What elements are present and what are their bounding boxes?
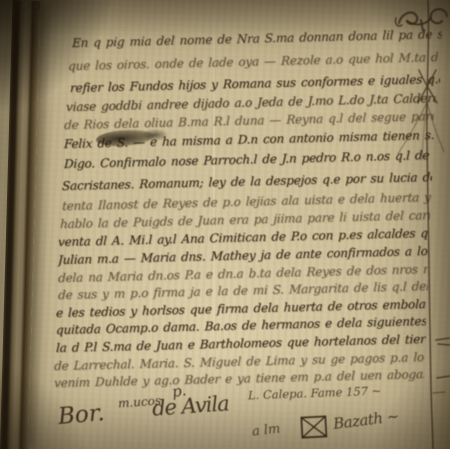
boxed-x-icon: [299, 414, 328, 444]
manuscript-line: Sacristanes. Romanum; ley de la despejos…: [62, 170, 432, 193]
notary-prefix: a lm: [251, 422, 281, 440]
ink-layer: 3 En q pig mia del nome de Nra S.ma donn…: [0, 0, 450, 449]
corner-mark: 3: [34, 0, 41, 13]
margin-rubric-flourish-icon: [380, 0, 450, 449]
date-line: L. Calepa. Fame 157 ~: [248, 384, 382, 403]
signature-initial: Bor.: [57, 400, 106, 430]
manuscript-line: Digo. Confirmalo nose Parroch.l de J.n p…: [64, 148, 434, 171]
ink-blot: [142, 129, 168, 141]
signature-name: de Avila: [151, 391, 229, 420]
manuscript-photo: 3 En q pig mia del nome de Nra S.ma donn…: [0, 0, 450, 449]
